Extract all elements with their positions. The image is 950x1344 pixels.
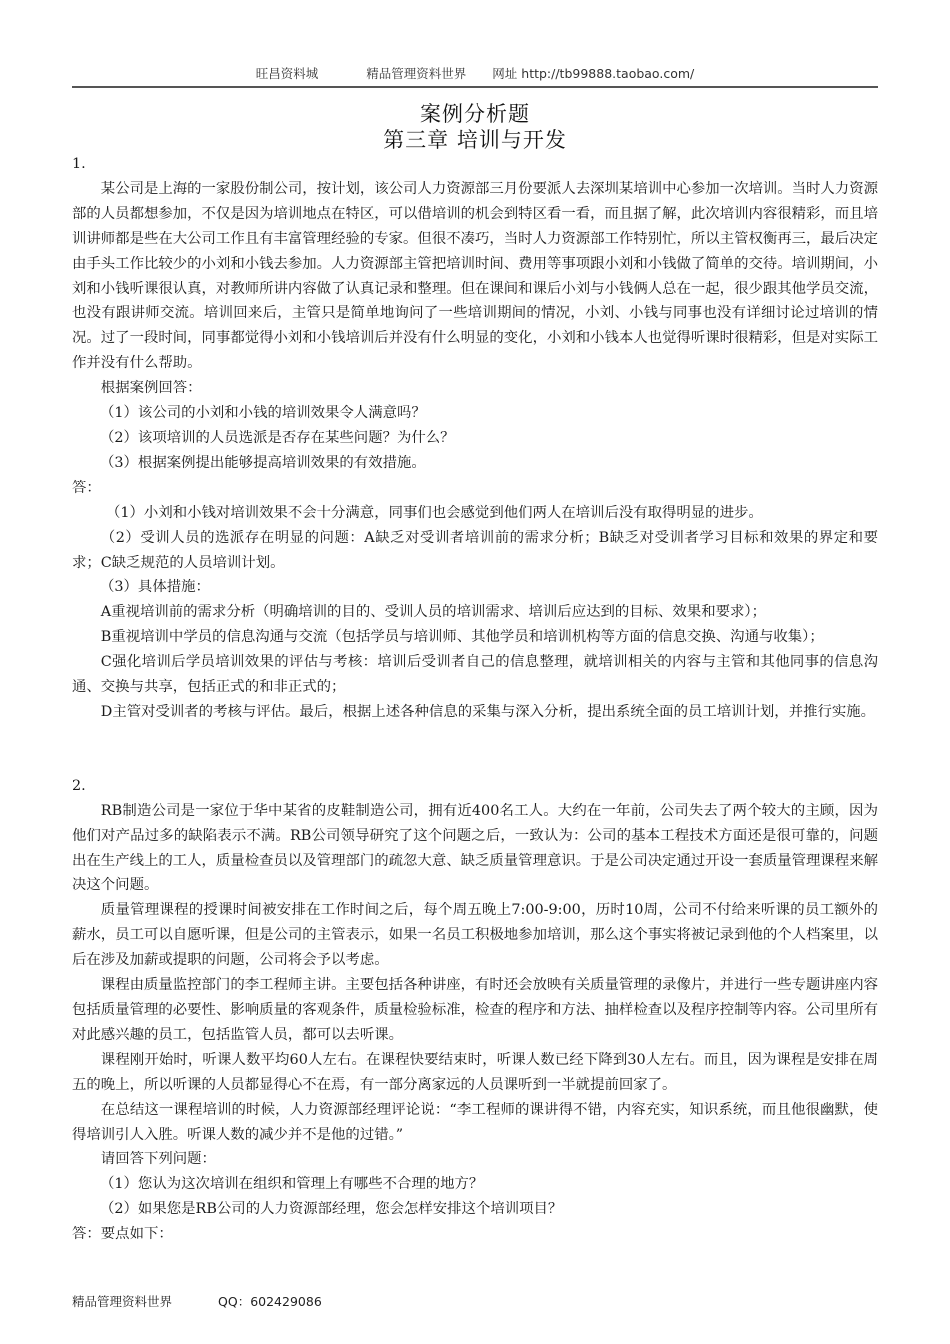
- case-2: 2. RB制造公司是一家位于华中某省的皮鞋制造公司，拥有近400名工人。大约在一…: [72, 774, 878, 1247]
- spacer: [72, 725, 878, 774]
- question-prompt: 请回答下列问题：: [72, 1147, 878, 1172]
- question-item: （1）该公司的小刘和小钱的培训效果令人满意吗？: [72, 401, 878, 426]
- case-paragraph: 课程由质量监控部门的李工程师主讲。主要包括各种讲座，有时还会放映有关质量管理的录…: [72, 973, 878, 1048]
- footer-slogan: 精品管理资料世界: [72, 1294, 172, 1309]
- header-url[interactable]: http://tb99888.taobao.com/: [521, 66, 694, 81]
- case-paragraph: RB制造公司是一家位于华中某省的皮鞋制造公司，拥有近400名工人。大约在一年前，…: [72, 799, 878, 899]
- case-paragraph: 课程刚开始时，听课人数平均60人左右。在课程快要结束时，听课人数已经下降到30人…: [72, 1048, 878, 1098]
- answer-label: 答：: [72, 476, 878, 501]
- answer-item: （2）受训人员的选派存在明显的问题：A缺乏对受训者培训前的需求分析；B缺乏对受训…: [72, 526, 878, 576]
- question-item: （3）根据案例提出能够提高培训效果的有效措施。: [72, 451, 878, 476]
- case-paragraph: 质量管理课程的授课时间被安排在工作时间之后，每个周五晚上7:00-9:00，历时…: [72, 898, 878, 973]
- answer-item: （3）具体措施：: [72, 575, 878, 600]
- answer-item: （1）小刘和小钱对培训效果不会十分满意，同事们也会感觉到他们两人在培训后没有取得…: [72, 501, 878, 526]
- case-number: 2.: [72, 774, 878, 799]
- footer-qq-number: 602429086: [250, 1294, 322, 1309]
- question-item: （1）您认为这次培训在组织和管理上有哪些不合理的地方？: [72, 1172, 878, 1197]
- header-url-label: 网址: [492, 64, 517, 82]
- case-paragraph: 某公司是上海的一家股份制公司，按计划，该公司人力资源部三月份要派人去深圳某培训中…: [72, 177, 878, 376]
- measure-item: B重视培训中学员的信息沟通与交流（包括学员与培训师、其他学员和培训机构等方面的信…: [72, 625, 878, 650]
- header-site-name: 旺昌资料城: [256, 64, 319, 82]
- question-prompt: 根据案例回答：: [72, 376, 878, 401]
- chapter-title: 第三章 培训与开发: [72, 124, 878, 154]
- answer-label: 答：要点如下：: [72, 1222, 878, 1247]
- question-item: （2）如果您是RB公司的人力资源部经理，您会怎样安排这个培训项目？: [72, 1197, 878, 1222]
- case-number: 1.: [72, 152, 878, 177]
- measure-item: A重视培训前的需求分析（明确培训的目的、受训人员的培训需求、培训后应达到的目标、…: [72, 600, 878, 625]
- page-footer: 精品管理资料世界QQ：602429086: [72, 1292, 322, 1310]
- case-1: 1. 某公司是上海的一家股份制公司，按计划，该公司人力资源部三月份要派人去深圳某…: [72, 152, 878, 725]
- question-item: （2）该项培训的人员选派是否存在某些问题？为什么？: [72, 426, 878, 451]
- footer-qq-label: QQ：: [218, 1294, 250, 1309]
- header-slogan: 精品管理资料世界: [366, 64, 466, 82]
- case-paragraph: 在总结这一课程培训的时候，人力资源部经理评论说：“李工程师的课讲得不错，内容充实…: [72, 1098, 878, 1148]
- measure-item: C强化培训后学员培训效果的评估与考核：培训后受训者自己的信息整理，就培训相关的内…: [72, 650, 878, 700]
- measure-item: D主管对受训者的考核与评估。最后，根据上述各种信息的采集与深入分析，提出系统全面…: [72, 700, 878, 725]
- header-divider: [72, 86, 878, 88]
- document-body: 1. 某公司是上海的一家股份制公司，按计划，该公司人力资源部三月份要派人去深圳某…: [72, 152, 878, 1247]
- page-header: 旺昌资料城精品管理资料世界网址 http://tb99888.taobao.co…: [72, 64, 878, 86]
